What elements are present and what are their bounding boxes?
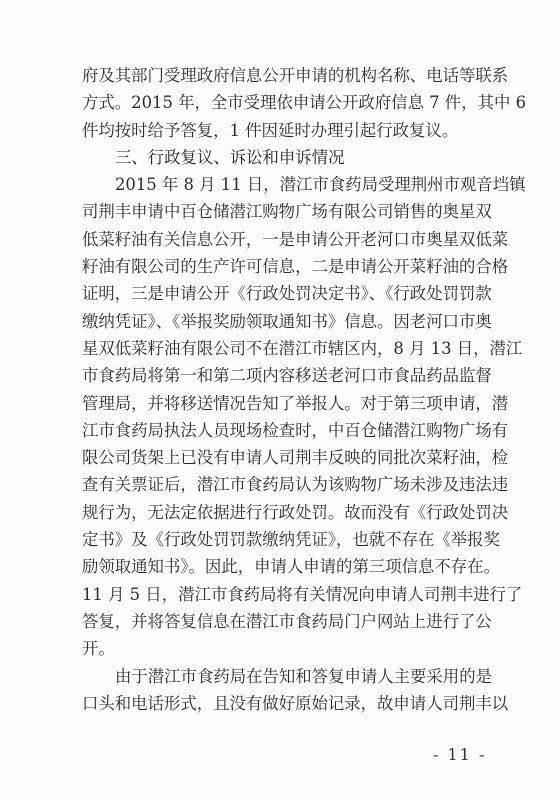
paragraph-line: 籽油有限公司的生产许可信息，二是申请公开菜籽油的合格: [82, 253, 484, 280]
paragraph-line: 管理局，并将移送情况告知了举报人。对于第三项申请，潜: [82, 390, 484, 417]
paragraph-line: 口头和电话形式，且没有做好原始记录，故申请人司荆丰以: [82, 690, 484, 717]
paragraph-line: 2015 年 8 月 11 日，潜江市食药局受理荆州市观音垱镇: [82, 171, 484, 198]
paragraph-line: 方式。2015 年，全市受理依申请公开政府信息 7 件，其中 6: [82, 89, 484, 116]
paragraph-line: 励领取通知书》。因此，申请人申请的第三项信息不存在。: [82, 553, 484, 580]
paragraph-line: 答复，并将答复信息在潜江市食药局门户网站上进行了公: [82, 608, 484, 635]
page-number: - 11 -: [433, 745, 486, 764]
paragraph-line: 开。: [82, 635, 484, 662]
paragraph-line: 证明，三是申请公开《行政处罚决定书》、《行政处罚罚款: [82, 280, 484, 307]
section-heading: 三、行政复议、诉讼和申诉情况: [82, 144, 484, 171]
paragraph-line: 缴纳凭证》、《举报奖励领取通知书》信息。因老河口市奥: [82, 308, 484, 335]
paragraph-line: 司荆丰申请中百仓储潜江购物广场有限公司销售的奥星双: [82, 198, 484, 225]
document-body: 府及其部门受理政府信息公开申请的机构名称、电话等联系 方式。2015 年，全市受…: [82, 62, 484, 717]
paragraph-line: 件均按时给予答复，1 件因延时办理引起行政复议。: [82, 117, 484, 144]
paragraph-line: 由于潜江市食药局在告知和答复申请人主要采用的是: [82, 663, 484, 690]
paragraph-line: 低菜籽油有关信息公开，一是申请公开老河口市奥星双低菜: [82, 226, 484, 253]
paragraph-line: 江市食药局执法人员现场检查时，中百仓储潜江购物广场有: [82, 417, 484, 444]
document-page: 府及其部门受理政府信息公开申请的机构名称、电话等联系 方式。2015 年，全市受…: [0, 0, 560, 800]
paragraph-line: 定书》及《行政处罚罚款缴纳凭证》，也就不存在《举报奖: [82, 526, 484, 553]
paragraph-line: 规行为，无法定依据进行行政处罚。故而没有《行政处罚决: [82, 499, 484, 526]
paragraph-line: 11 月 5 日，潜江市食药局将有关情况向申请人司荆丰进行了: [82, 581, 484, 608]
paragraph-line: 限公司货架上已没有申请人司荆丰反映的同批次菜籽油，检: [82, 444, 484, 471]
paragraph-line: 府及其部门受理政府信息公开申请的机构名称、电话等联系: [82, 62, 484, 89]
paragraph-line: 查有关票证后，潜江市食药局认为该购物广场未涉及违法违: [82, 471, 484, 498]
paragraph-line: 市食药局将第一和第二项内容移送老河口市食品药品监督: [82, 362, 484, 389]
paragraph-line: 星双低菜籽油有限公司不在潜江市辖区内，8 月 13 日，潜江: [82, 335, 484, 362]
